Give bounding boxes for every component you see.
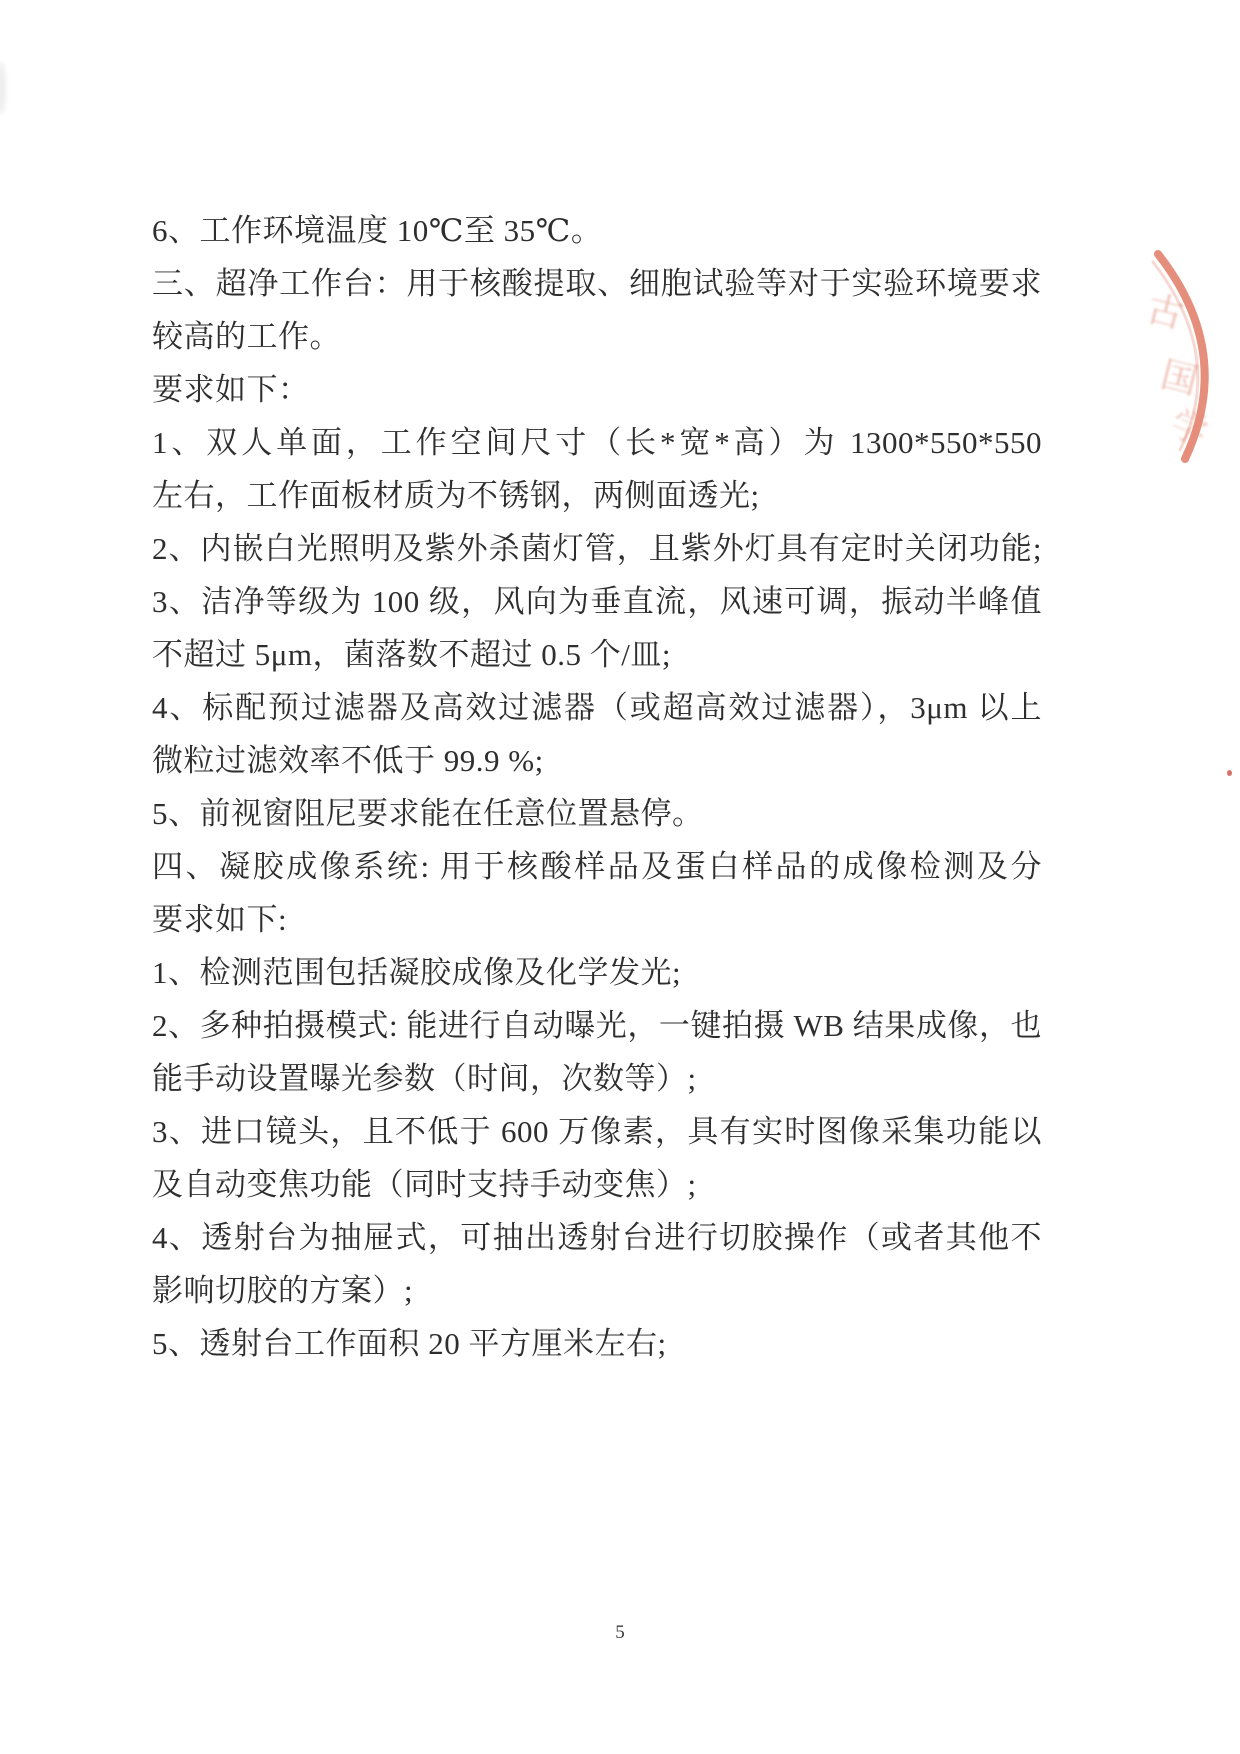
text-line: 1、双人单面，工作空间尺寸（长*宽*高）为 1300*550*550（mm）: [152, 416, 1042, 469]
seal-character: 学: [1164, 395, 1216, 456]
text-line: 要求如下:: [152, 893, 1042, 946]
text-line: 1、检测范围包括凝胶成像及化学发光;: [152, 946, 1042, 999]
text-line: 较高的工作。: [152, 310, 1042, 363]
seal-character: 古: [1142, 280, 1189, 338]
text-line: 3、进口镜头，且不低于 600 万像素，具有实时图像采集功能以: [152, 1105, 1042, 1158]
text-line: 微粒过滤效率不低于 99.9 %;: [152, 734, 1042, 787]
text-line: 5、透射台工作面积 20 平方厘米左右;: [152, 1317, 1042, 1370]
text-line: 四、凝胶成像系统: 用于核酸样品及蛋白样品的成像检测及分析。: [152, 840, 1042, 893]
text-line: 4、透射台为抽屉式，可抽出透射台进行切胶操作（或者其他不: [152, 1211, 1042, 1264]
text-line: 能手动设置曝光参数（时间，次数等）;: [152, 1052, 1042, 1105]
text-line: 2、多种拍摄模式: 能进行自动曝光，一键拍摄 WB 结果成像，也: [152, 999, 1042, 1052]
text-line: 左右，工作面板材质为不锈钢，两侧面透光;: [152, 469, 1042, 522]
page-number: 5: [0, 1622, 1240, 1644]
text-line: 6、工作环境温度 10℃至 35℃。: [152, 204, 1042, 257]
text-line: 要求如下：: [152, 363, 1042, 416]
scanned-document-page: 6、工作环境温度 10℃至 35℃。 三、超净工作台：用于核酸提取、细胞试验等对…: [0, 0, 1240, 1754]
seal-arc: [1030, 222, 1240, 482]
scan-edge-smudge: [0, 62, 6, 114]
text-line: 4、标配预过滤器及高效过滤器（或超高效过滤器），3μm 以上: [152, 681, 1042, 734]
text-line: 2、内嵌白光照明及紫外杀菌灯管，且紫外灯具有定时关闭功能;: [152, 522, 1042, 575]
red-stamp-seal-partial: 古 国 学: [1030, 222, 1240, 482]
text-line: 不超过 5μm，菌落数不超过 0.5 个/皿;: [152, 628, 1042, 681]
text-line: 三、超净工作台：用于核酸提取、细胞试验等对于实验环境要求: [152, 257, 1042, 310]
text-line: 3、洁净等级为 100 级，风向为垂直流，风速可调，振动半峰值: [152, 575, 1042, 628]
ink-speck: [1227, 770, 1232, 776]
text-line: 及自动变焦功能（同时支持手动变焦）;: [152, 1158, 1042, 1211]
document-body: 6、工作环境温度 10℃至 35℃。 三、超净工作台：用于核酸提取、细胞试验等对…: [152, 204, 1042, 1370]
text-line: 影响切胶的方案）;: [152, 1264, 1042, 1317]
text-line: 5、前视窗阻尼要求能在任意位置悬停。: [152, 787, 1042, 840]
seal-character: 国: [1156, 346, 1203, 404]
